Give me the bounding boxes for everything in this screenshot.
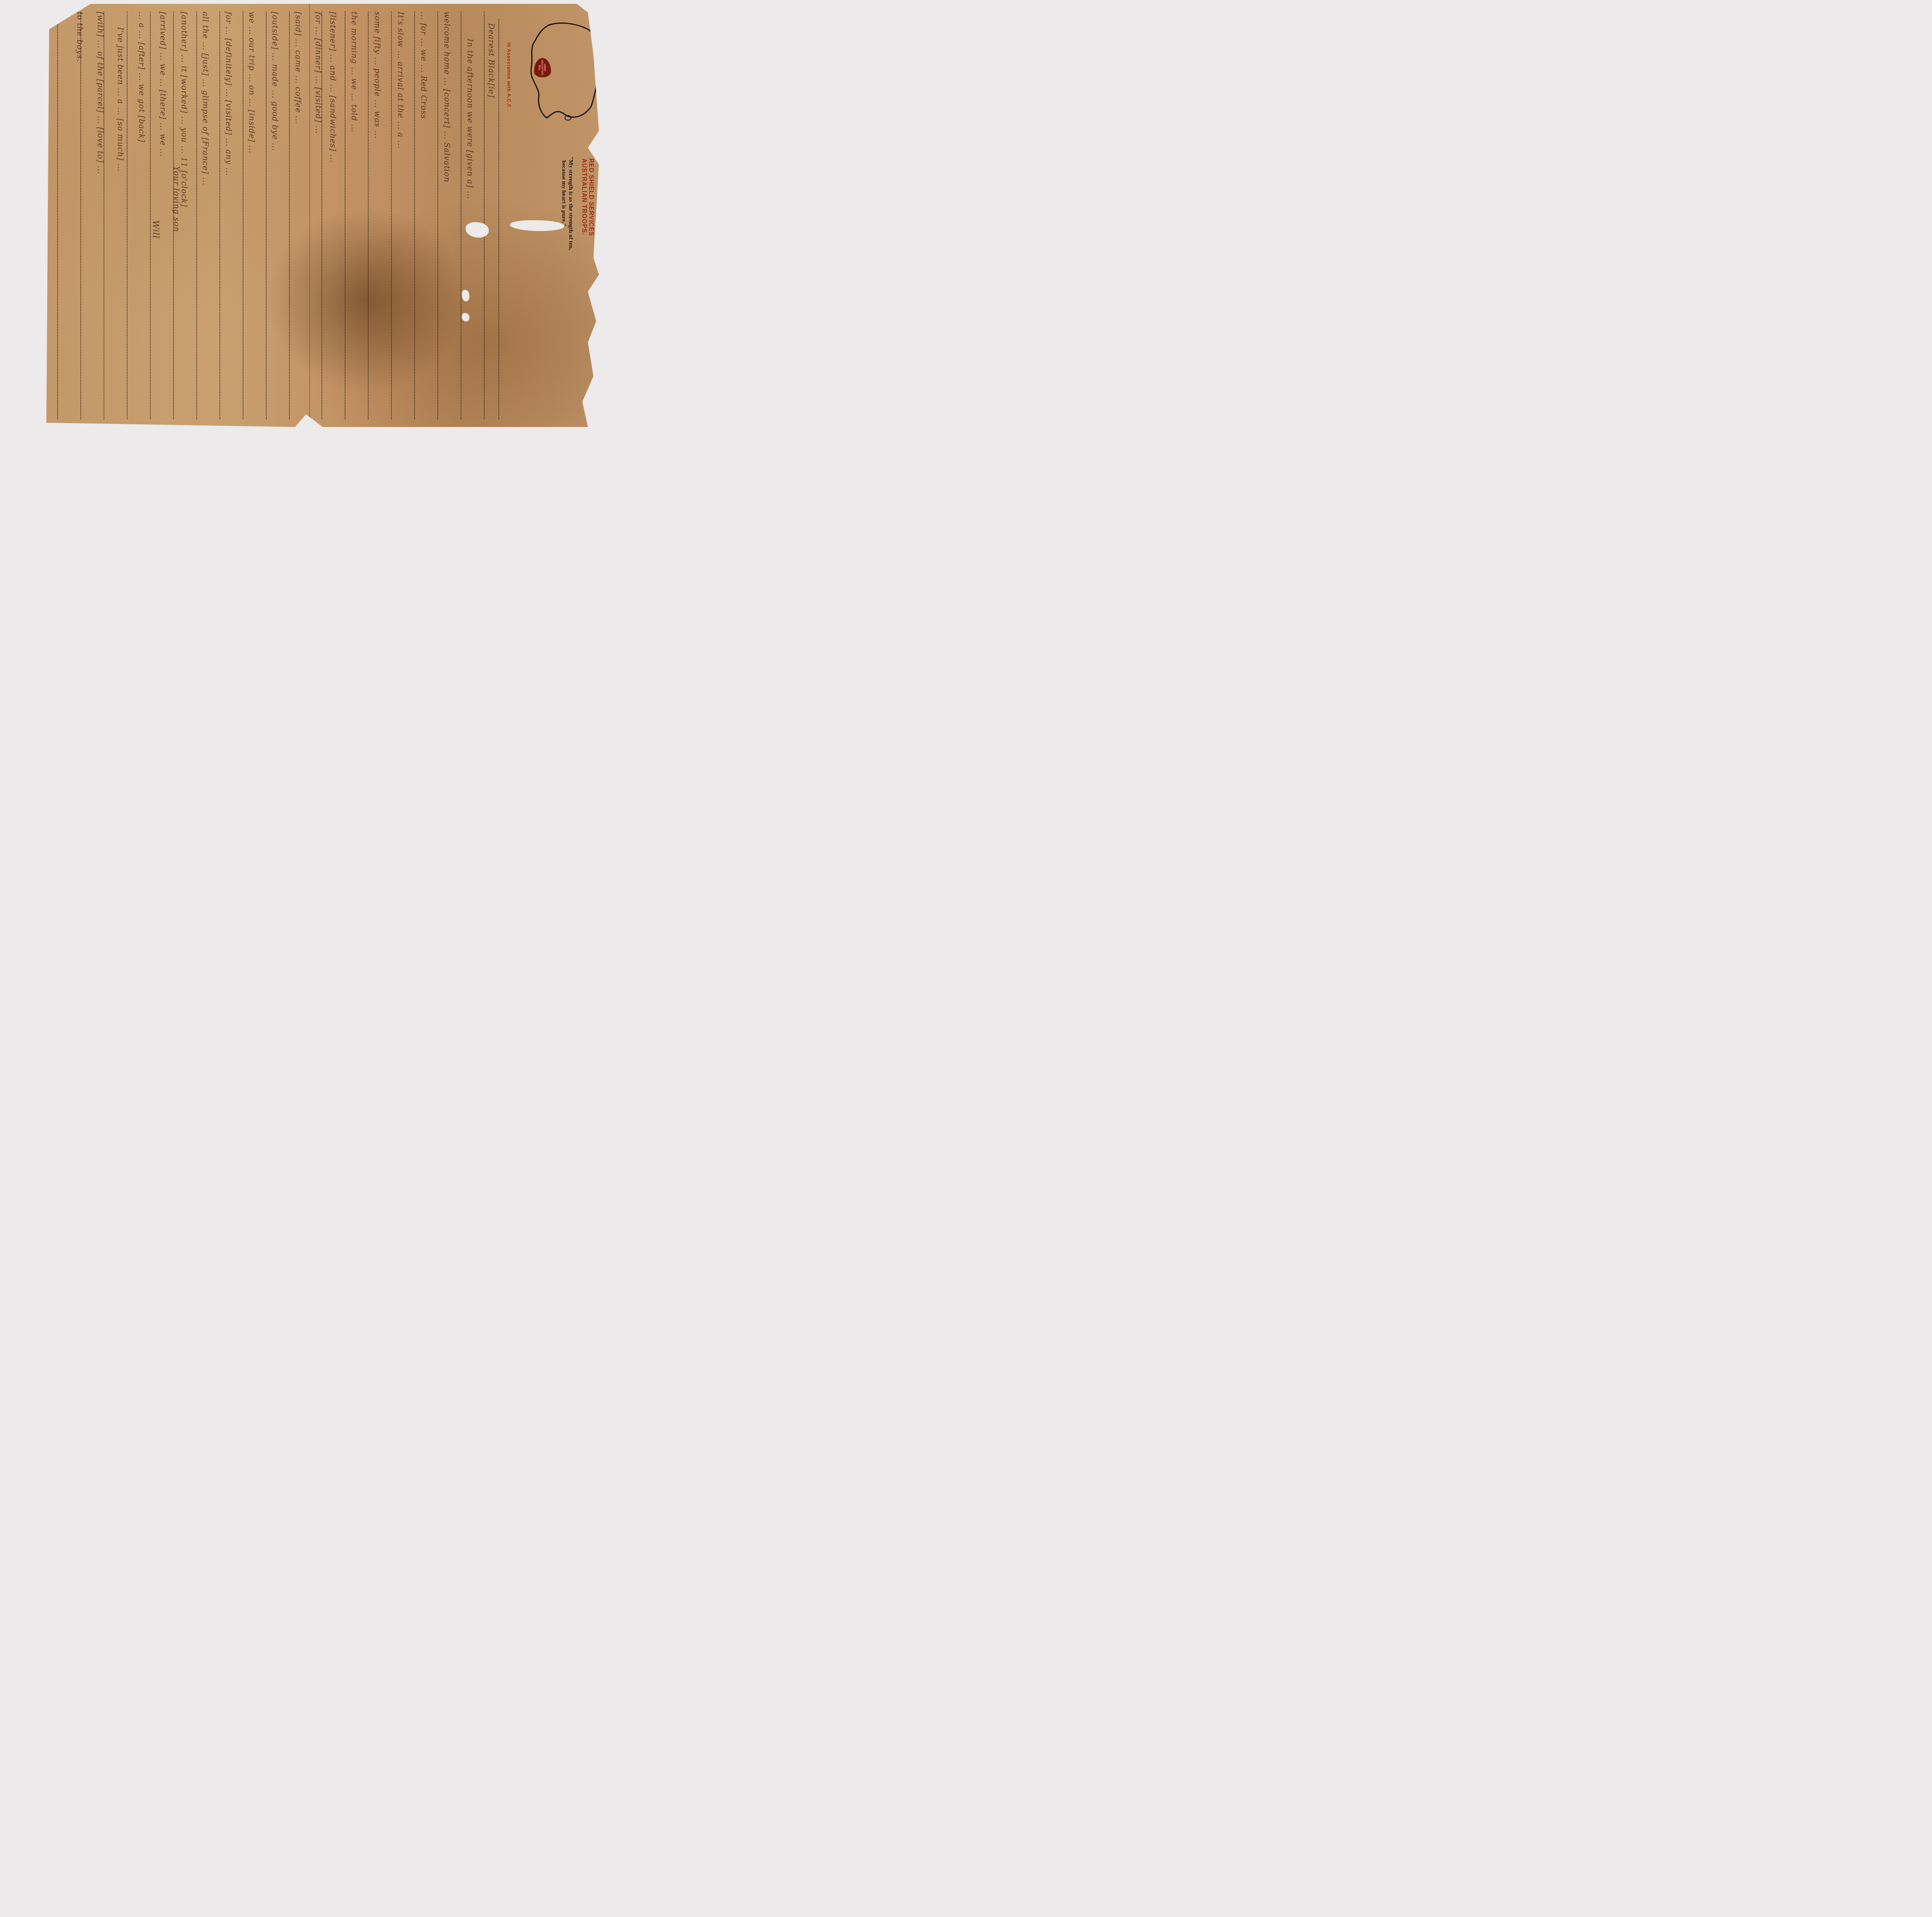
letter-line: [said] ... came ... coffee ... bbox=[294, 12, 303, 124]
letter-line: In the afternoon we were [given a] ... bbox=[466, 39, 475, 199]
letter-line: all the ... [just] ... glimpse of [Franc… bbox=[201, 12, 210, 185]
association-text: In Association with A.C.F. bbox=[506, 43, 512, 109]
ruled-line bbox=[368, 12, 369, 419]
torn-hole bbox=[462, 290, 469, 301]
torn-hole bbox=[510, 220, 564, 231]
letter-line: [outside] ... made ... good bye ... bbox=[270, 12, 280, 151]
ruled-line bbox=[437, 12, 438, 419]
ruled-line bbox=[219, 12, 220, 419]
ruled-line bbox=[150, 12, 151, 419]
ruled-line bbox=[484, 12, 485, 419]
letter-line: we ... our trip ... on ... [inside] ... bbox=[247, 12, 257, 154]
closing: Your loving son bbox=[172, 166, 181, 232]
letter-line: It's slow ... arrival at the ... a ... bbox=[396, 12, 405, 149]
letter-line: [listener] ... and ... [sandwiches] ... bbox=[328, 12, 338, 163]
letter-line: ... for ... we ... Red Cross bbox=[419, 12, 429, 119]
letter-line: for ... [definitely] ... [visited] ... a… bbox=[224, 12, 233, 176]
ruled-line bbox=[80, 12, 81, 419]
letter-line: the morning ... we ... told ... bbox=[350, 12, 359, 133]
ruled-line bbox=[266, 12, 267, 419]
quote-line-1: "My strength is as the strength of ten, bbox=[567, 156, 574, 250]
letter-line: some fifty ... people ... was ... bbox=[373, 12, 382, 139]
letter-line: [with] ... of the [parcel] ... [love to]… bbox=[96, 12, 105, 174]
letter-line: welcome home ... [concert] ... Salvation bbox=[442, 12, 452, 182]
salutation: Dearest Black[ie] bbox=[487, 23, 496, 98]
letter-line: [arrived] ... we ... [there] ... we ... bbox=[158, 12, 168, 157]
torn-hole bbox=[462, 313, 469, 321]
ruled-line bbox=[243, 12, 243, 419]
ruled-line bbox=[414, 12, 415, 419]
ruled-line bbox=[461, 12, 461, 419]
signature: Will bbox=[151, 220, 160, 238]
ruled-line bbox=[289, 12, 290, 419]
quote-line-2: because my heart is pure." bbox=[560, 160, 567, 226]
ruled-line bbox=[57, 12, 58, 419]
organisation-subtitle: AUSTRALIAN TROOPS. bbox=[580, 158, 587, 235]
ruled-line bbox=[391, 12, 392, 419]
torn-hole bbox=[466, 222, 489, 238]
letter-line: to the boys. bbox=[75, 12, 85, 62]
letter-line: I've just been ... a ... [so much] ... bbox=[116, 27, 125, 172]
organisation-title: RED SHIELD SERVICES bbox=[587, 158, 594, 236]
ruled-line bbox=[196, 12, 197, 419]
ruled-line bbox=[345, 12, 345, 419]
ruled-line bbox=[127, 12, 128, 419]
letter-sheet: In Association with A.C.F. THE SALVATION… bbox=[46, 4, 599, 427]
fold-crease bbox=[309, 4, 310, 427]
letter-line: ... a ... [after] ... we got [back] bbox=[137, 12, 146, 143]
ruled-line bbox=[498, 19, 499, 419]
letter-line: for ... [dinner] ... [visited] ... bbox=[314, 12, 323, 134]
